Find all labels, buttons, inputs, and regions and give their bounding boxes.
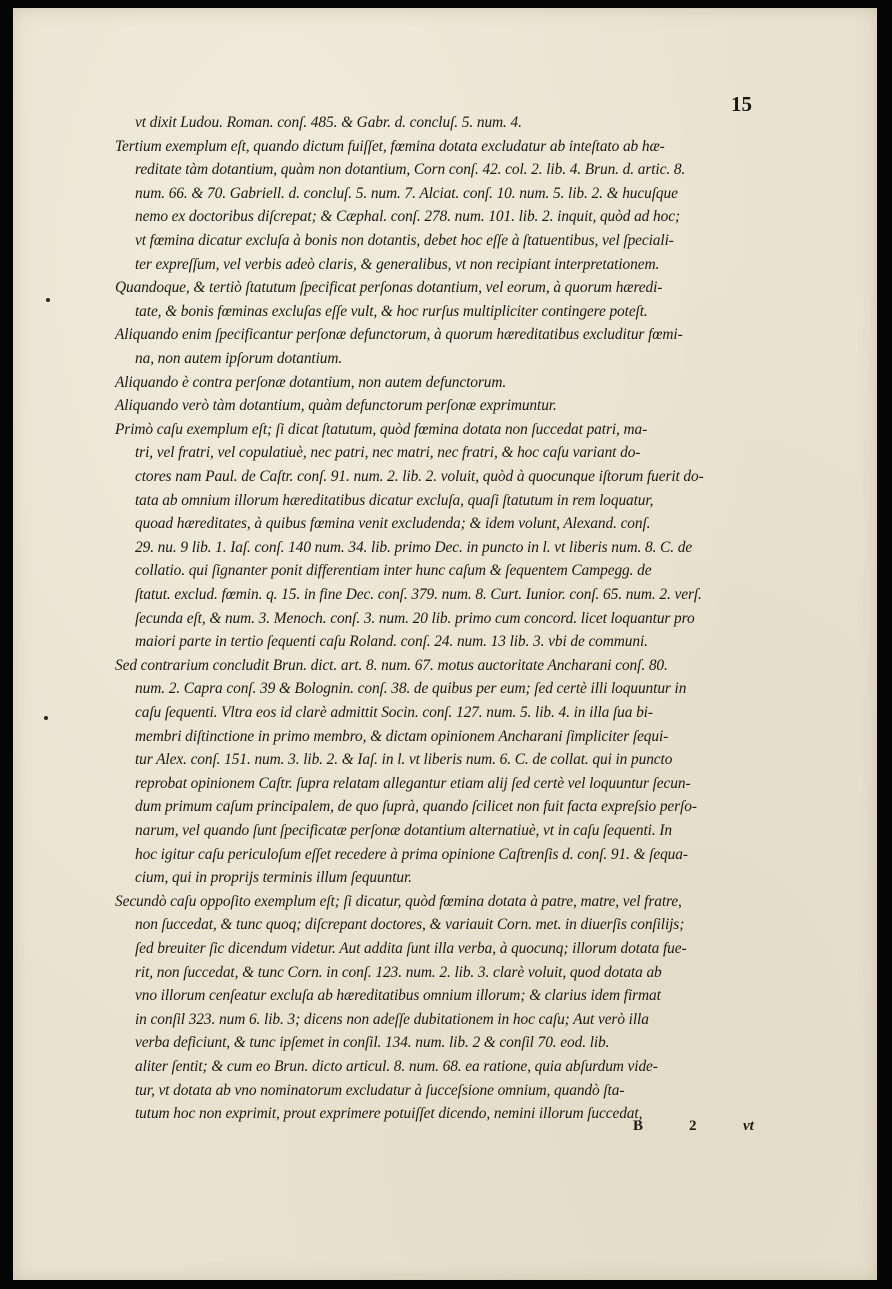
text-line: reditate tàm dotantium, quàm non dotanti… xyxy=(135,158,685,181)
text-line: Sed contrarium concludit Brun. dict. art… xyxy=(115,654,668,677)
text-line: caſu ſequenti. Vltra eos id clarè admitt… xyxy=(135,701,653,724)
text-line: non ſuccedat, & tunc quoq; diſcrepant do… xyxy=(135,913,684,936)
text-line: tata ab omnium illorum hæreditatibus dic… xyxy=(135,489,653,512)
margin-mark xyxy=(46,298,50,302)
text-line: in conſil 323. num 6. lib. 3; dicens non… xyxy=(135,1008,649,1031)
text-line: ctores nam Paul. de Caſtr. conſ. 91. num… xyxy=(135,465,704,488)
signature-mark: B xyxy=(633,1118,643,1135)
text-line: ter expreſſum, vel verbis adeò claris, &… xyxy=(135,253,659,276)
text-line: hoc igitur caſu periculoſum eſſet recede… xyxy=(135,843,688,866)
text-line: vno illorum cenſeatur excluſa ab hæredit… xyxy=(135,984,661,1007)
text-line: collatio. qui ſignanter ponit differenti… xyxy=(135,559,651,582)
text-line: Aliquando enim ſpecificantur perſonæ def… xyxy=(115,323,683,346)
text-line: num. 2. Capra conſ. 39 & Bolognin. conſ.… xyxy=(135,677,686,700)
text-line: tri, vel fratri, vel copulatiuè, nec pat… xyxy=(135,441,640,464)
text-line: Quandoque, & tertiò ſtatutum ſpecificat … xyxy=(115,276,662,299)
text-line: vt fœmina dicatur excluſa à bonis non do… xyxy=(135,229,674,252)
text-line: ſed breuiter ſic dicendum videtur. Aut a… xyxy=(135,937,687,960)
text-line: tur Alex. conſ. 151. num. 3. lib. 2. & I… xyxy=(135,748,672,771)
text-line: nemo ex doctoribus diſcrepat; & Cæphal. … xyxy=(135,205,680,228)
text-line: Secundò caſu oppoſito exemplum eſt; ſi d… xyxy=(115,890,682,913)
text-line: num. 66. & 70. Gabriell. d. concluſ. 5. … xyxy=(135,182,678,205)
text-line: Aliquando è contra perſonæ dotantium, no… xyxy=(115,371,506,394)
text-line: reprobat opinionem Caſtr. ſupra relatam … xyxy=(135,772,690,795)
text-line: Aliquando verò tàm dotantium, quàm defun… xyxy=(115,394,557,417)
signature-number: 2 xyxy=(689,1118,697,1135)
text-line: 29. nu. 9 lib. 1. Iaſ. conſ. 140 num. 34… xyxy=(135,536,692,559)
text-line: Tertium exemplum eſt, quando dictum fuiſ… xyxy=(115,135,665,158)
text-line: Primò caſu exemplum eſt; ſi dicat ſtatut… xyxy=(115,418,647,441)
text-line: quoad hæreditates, à quibus fœmina venit… xyxy=(135,512,650,535)
text-line: maiori parte in tertio ſequenti caſu Rol… xyxy=(135,630,648,653)
book-page: 15 vt dixit Ludou. Roman. conſ. 485. & G… xyxy=(13,8,877,1280)
text-line: tate, & bonis fœminas excluſas eſſe vult… xyxy=(135,300,648,323)
text-line: verba deficiunt, & tunc ipſemet in conſi… xyxy=(135,1031,609,1054)
text-line: aliter ſentit; & cum eo Brun. dicto arti… xyxy=(135,1055,658,1078)
margin-mark xyxy=(44,716,48,720)
text-line: vt dixit Ludou. Roman. conſ. 485. & Gabr… xyxy=(135,111,522,134)
page-number: 15 xyxy=(731,92,752,117)
text-line: narum, vel quando ſunt ſpecificatæ perſo… xyxy=(135,819,672,842)
text-line: rit, non ſuccedat, & tunc Corn. in conſ.… xyxy=(135,961,662,984)
text-line: membri diſtinctione in primo membro, & d… xyxy=(135,725,668,748)
text-line: ſecunda eſt, & num. 3. Menoch. conſ. 3. … xyxy=(135,607,695,630)
text-line: na, non autem ipſorum dotantium. xyxy=(135,347,342,370)
text-line: tur, vt dotata ab vno nominatorum exclud… xyxy=(135,1079,624,1102)
text-line: dum primum caſum principalem, de quo ſup… xyxy=(135,795,697,818)
text-line: ſtatut. exclud. fœmin. q. 15. in fine De… xyxy=(135,583,702,606)
text-line: cium, qui in proprijs terminis illum ſeq… xyxy=(135,866,412,889)
text-line: tutum hoc non exprimit, prout exprimere … xyxy=(135,1102,642,1125)
catchword: vt xyxy=(743,1118,754,1135)
